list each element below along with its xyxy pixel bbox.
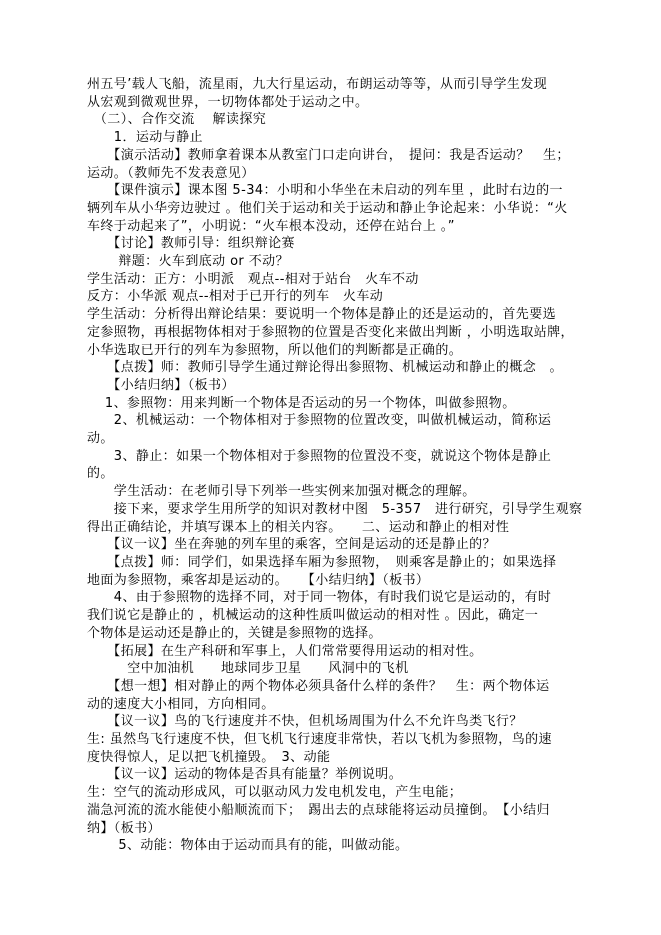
text-line: 【演示活动】教师拿着课本从教室门口走向讲台， 提问：我是否运动？ 生； bbox=[87, 147, 587, 165]
text-line: 4、由于参照物的选择不同，对于同一物体，有时我们说它是运动的，有时 bbox=[87, 589, 587, 607]
text-line: 【拓展】在生产科研和军事上，人们常常要得用运动的相对性。 bbox=[87, 643, 587, 661]
text-line: 空中加油机 地球同步卫星 风洞中的飞机 bbox=[87, 660, 587, 678]
text-line: 动的速度大小相同，方向相同。 bbox=[87, 696, 587, 714]
document-page: 州五号’载人飞船，流星雨，九大行星运动，布朗运动等等，从而引导学生发现从宏观到微… bbox=[0, 0, 661, 935]
text-line: 学生活动：分析得出辩论结果：要说明一个物体是静止的还是运动的，首先要选 bbox=[87, 306, 587, 324]
text-line: 的。 bbox=[87, 465, 587, 483]
text-line: 学生活动：在老师引导下列举一些实例来加强对概念的理解。 bbox=[87, 483, 587, 501]
text-line: 【议一议】鸟的飞行速度并不快，但机场周围为什么不允许鸟类飞行？ bbox=[87, 713, 587, 731]
text-line: 学生活动：正方：小明派 观点--相对于站台 火车不动 bbox=[87, 271, 587, 289]
text-line: 个物体是运动还是静止的，关键是参照物的选择。 bbox=[87, 625, 587, 643]
text-line: 运动。（教师先不发表意见） bbox=[87, 165, 587, 183]
text-line: 【议一议】运动的物体是否具有能量？举例说明。 bbox=[87, 766, 587, 784]
text-line: 纳】（板书） bbox=[87, 820, 587, 838]
text-line: 【小结归纳】（板书） bbox=[87, 377, 587, 395]
text-line: 【课件演示】课本图 5-34：小明和小华坐在未启动的列车里 ，此时右边的一 bbox=[87, 182, 587, 200]
text-line: 定参照物，再根据物体相对于参照物的位置是否变化来做出判断 ，小明选取站牌， bbox=[87, 324, 587, 342]
text-line: 1．运动与静止 bbox=[87, 129, 587, 147]
text-line: 地面为参照物，乘客却是运动的。 【小结归纳】（板书） bbox=[87, 572, 587, 590]
text-line: 湍急河流的流水能使小船顺流而下； 踢出去的点球能将运动员撞倒。 【小结归 bbox=[87, 802, 587, 820]
text-line: 【讨论】教师引导：组织辩论赛 bbox=[87, 235, 587, 253]
document-text-block: 州五号’载人飞船，流星雨，九大行星运动，布朗运动等等，从而引导学生发现从宏观到微… bbox=[87, 76, 587, 855]
text-line: 车终于动起来了”，小明说：“火车根本没动，还停在站台上 。” bbox=[87, 218, 587, 236]
text-line: 动。 bbox=[87, 430, 587, 448]
text-line: 1、参照物：用来判断一个物体是否运动的另一个物体，叫做参照物。 bbox=[87, 395, 587, 413]
text-line: 反方：小华派 观点--相对于已开行的列车 火车动 bbox=[87, 288, 587, 306]
text-line: 2、机械运动：一个物体相对于参照物的位置改变，叫做机械运动，简称运 bbox=[87, 412, 587, 430]
text-line: 生: 虽然鸟飞行速度不快，但飞机飞行速度非常快，若以飞机为参照物，鸟的速 bbox=[87, 731, 587, 749]
text-line: 5、动能：物体由于运动而具有的能，叫做动能。 bbox=[87, 837, 587, 855]
text-line: （二）、合作交流 解读探究 bbox=[87, 111, 587, 129]
text-line: 【点拨】师：同学们，如果选择车厢为参照物， 则乘客是静止的；如果选择 bbox=[87, 554, 587, 572]
text-line: 【想一想】相对静止的两个物体必须具备什么样的条件？ 生：两个物体运 bbox=[87, 678, 587, 696]
text-line: 生：空气的流动形成风，可以驱动风力发电机发电，产生电能； bbox=[87, 784, 587, 802]
text-line: 3、静止：如果一个物体相对于参照物的位置没不变，就说这个物体是静止 bbox=[87, 448, 587, 466]
text-line: 接下来，要求学生用所学的知识对教材中图 5-357 进行研究，引导学生观察 bbox=[87, 501, 587, 519]
text-line: 得出正确结论，并填写课本上的相关内容。 二、运动和静止的相对性 bbox=[87, 519, 587, 537]
text-line: 度快得惊人，足以把飞机撞毁。 3、动能 bbox=[87, 749, 587, 767]
text-line: 【议一议】坐在奔驰的列车里的乘客，空间是运动的还是静止的？ bbox=[87, 536, 587, 554]
text-line: 【点拨】师：教师引导学生通过辩论得出参照物、机械运动和静止的概念 。 bbox=[87, 359, 587, 377]
text-line: 我们说它是静止的 ，机械运动的这种性质叫做运动的相对性 。因此，确定一 bbox=[87, 607, 587, 625]
text-line: 辩题：火车到底动 or 不动？ bbox=[87, 253, 587, 271]
text-line: 小华选取已开行的列车为参照物，所以他们的判断都是正确的。 bbox=[87, 342, 587, 360]
text-line: 辆列车从小华旁边驶过 。他们关于运动和关于运动和静止争论起来：小华说：“火 bbox=[87, 200, 587, 218]
text-line: 从宏观到微观世界，一切物体都处于运动之中。 bbox=[87, 94, 587, 112]
text-line: 州五号’载人飞船，流星雨，九大行星运动，布朗运动等等，从而引导学生发现 bbox=[87, 76, 587, 94]
